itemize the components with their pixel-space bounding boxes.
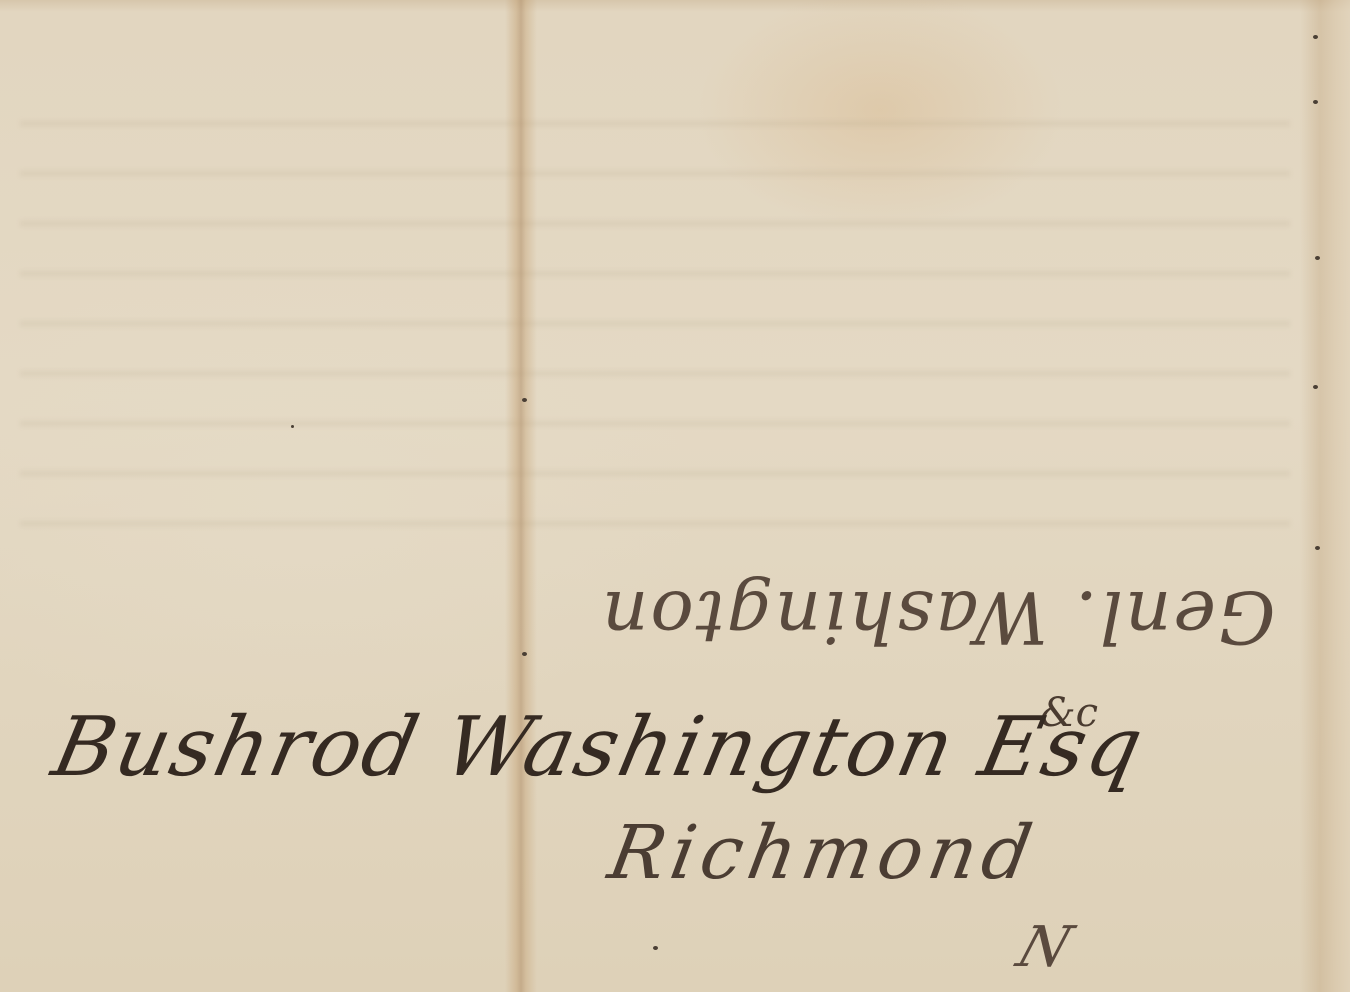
docket-note-upside-down: Genl. Washington bbox=[600, 575, 1275, 659]
pinhole bbox=[1315, 546, 1320, 550]
pinhole bbox=[1313, 100, 1318, 104]
bottom-margin bbox=[0, 992, 1350, 1000]
pinhole bbox=[1313, 385, 1318, 389]
manuscript-sheet: Genl. Washington &c Bushrod Washington E… bbox=[0, 0, 1350, 992]
pinhole bbox=[653, 946, 658, 950]
vertical-fold-crease bbox=[505, 0, 537, 992]
bleed-through-text bbox=[20, 90, 1290, 540]
pinhole bbox=[522, 652, 527, 656]
addressee-name: Bushrod Washington Esq bbox=[45, 700, 1152, 795]
pinhole bbox=[1313, 35, 1318, 39]
pinhole bbox=[1315, 256, 1320, 260]
address-city: Richmond bbox=[602, 810, 1043, 896]
right-fold-edge bbox=[1300, 0, 1350, 992]
corner-mark: N bbox=[1009, 915, 1079, 980]
top-edge-shadow bbox=[0, 0, 1350, 12]
ink-speck bbox=[291, 425, 294, 428]
pinhole bbox=[522, 398, 527, 402]
